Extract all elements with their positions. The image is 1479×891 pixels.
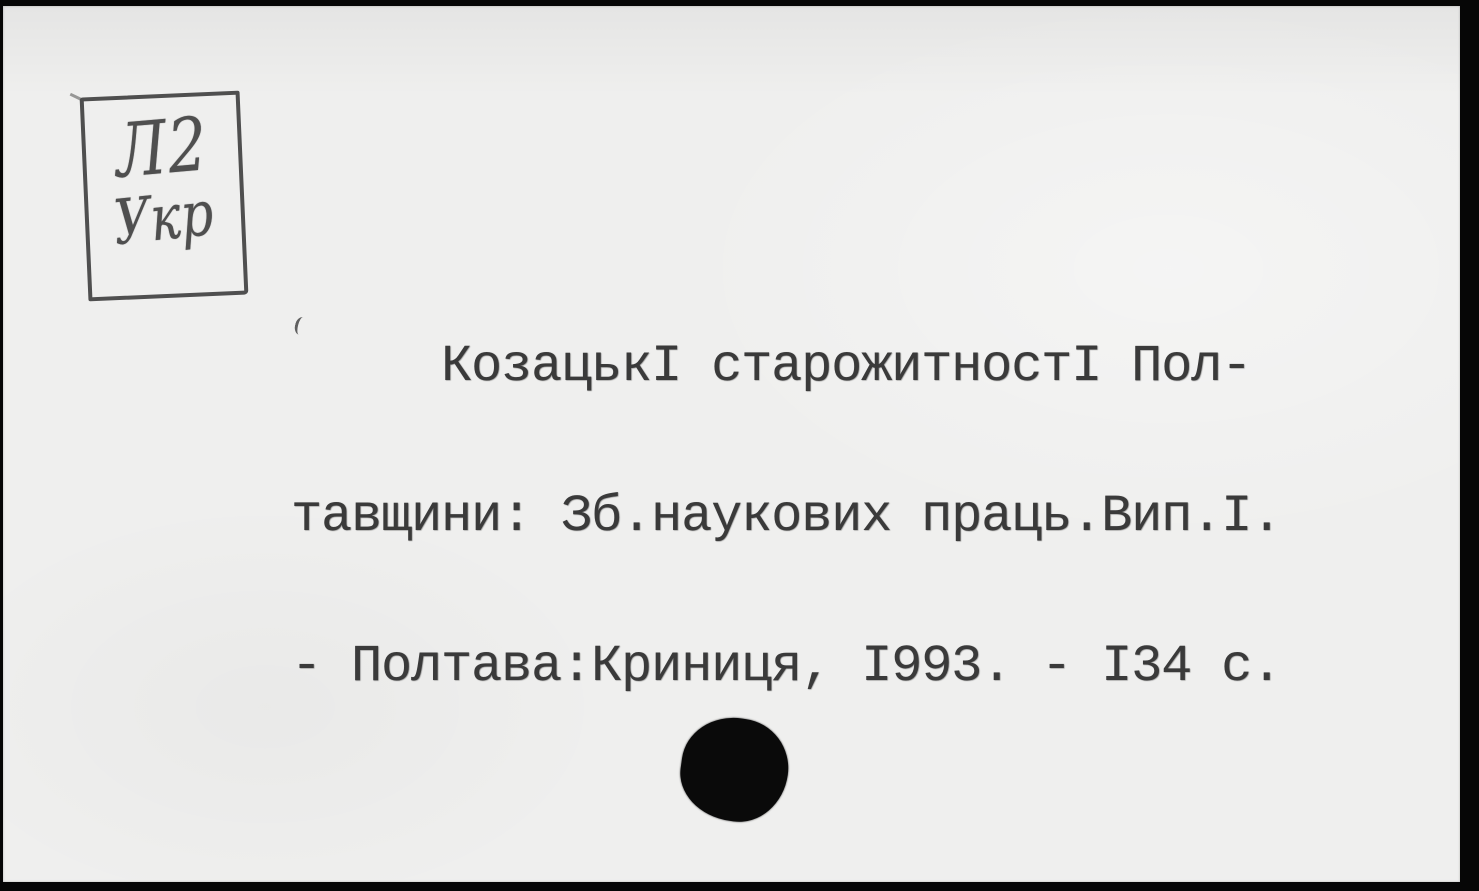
entry-line-imprint: - Полтава:Криниця, І993. - І34 с. [291,642,1281,692]
catalog-card-paper: Л2 Укр КозацькІ старожитностІ Пол- тавщи… [3,6,1460,882]
entry-line-series: тавщини: Зб.наукових праць.Вип.І. [291,492,1281,542]
scan-background: Л2 Укр КозацькІ старожитностІ Пол- тавщи… [0,0,1479,891]
bibliographic-entry: КозацькІ старожитностІ Пол- тавщини: Зб.… [291,242,1281,792]
entry-line-title: КозацькІ старожитностІ Пол- [291,342,1281,392]
call-number-box: Л2 Укр [80,91,249,302]
call-number-language: Укр [98,172,229,265]
